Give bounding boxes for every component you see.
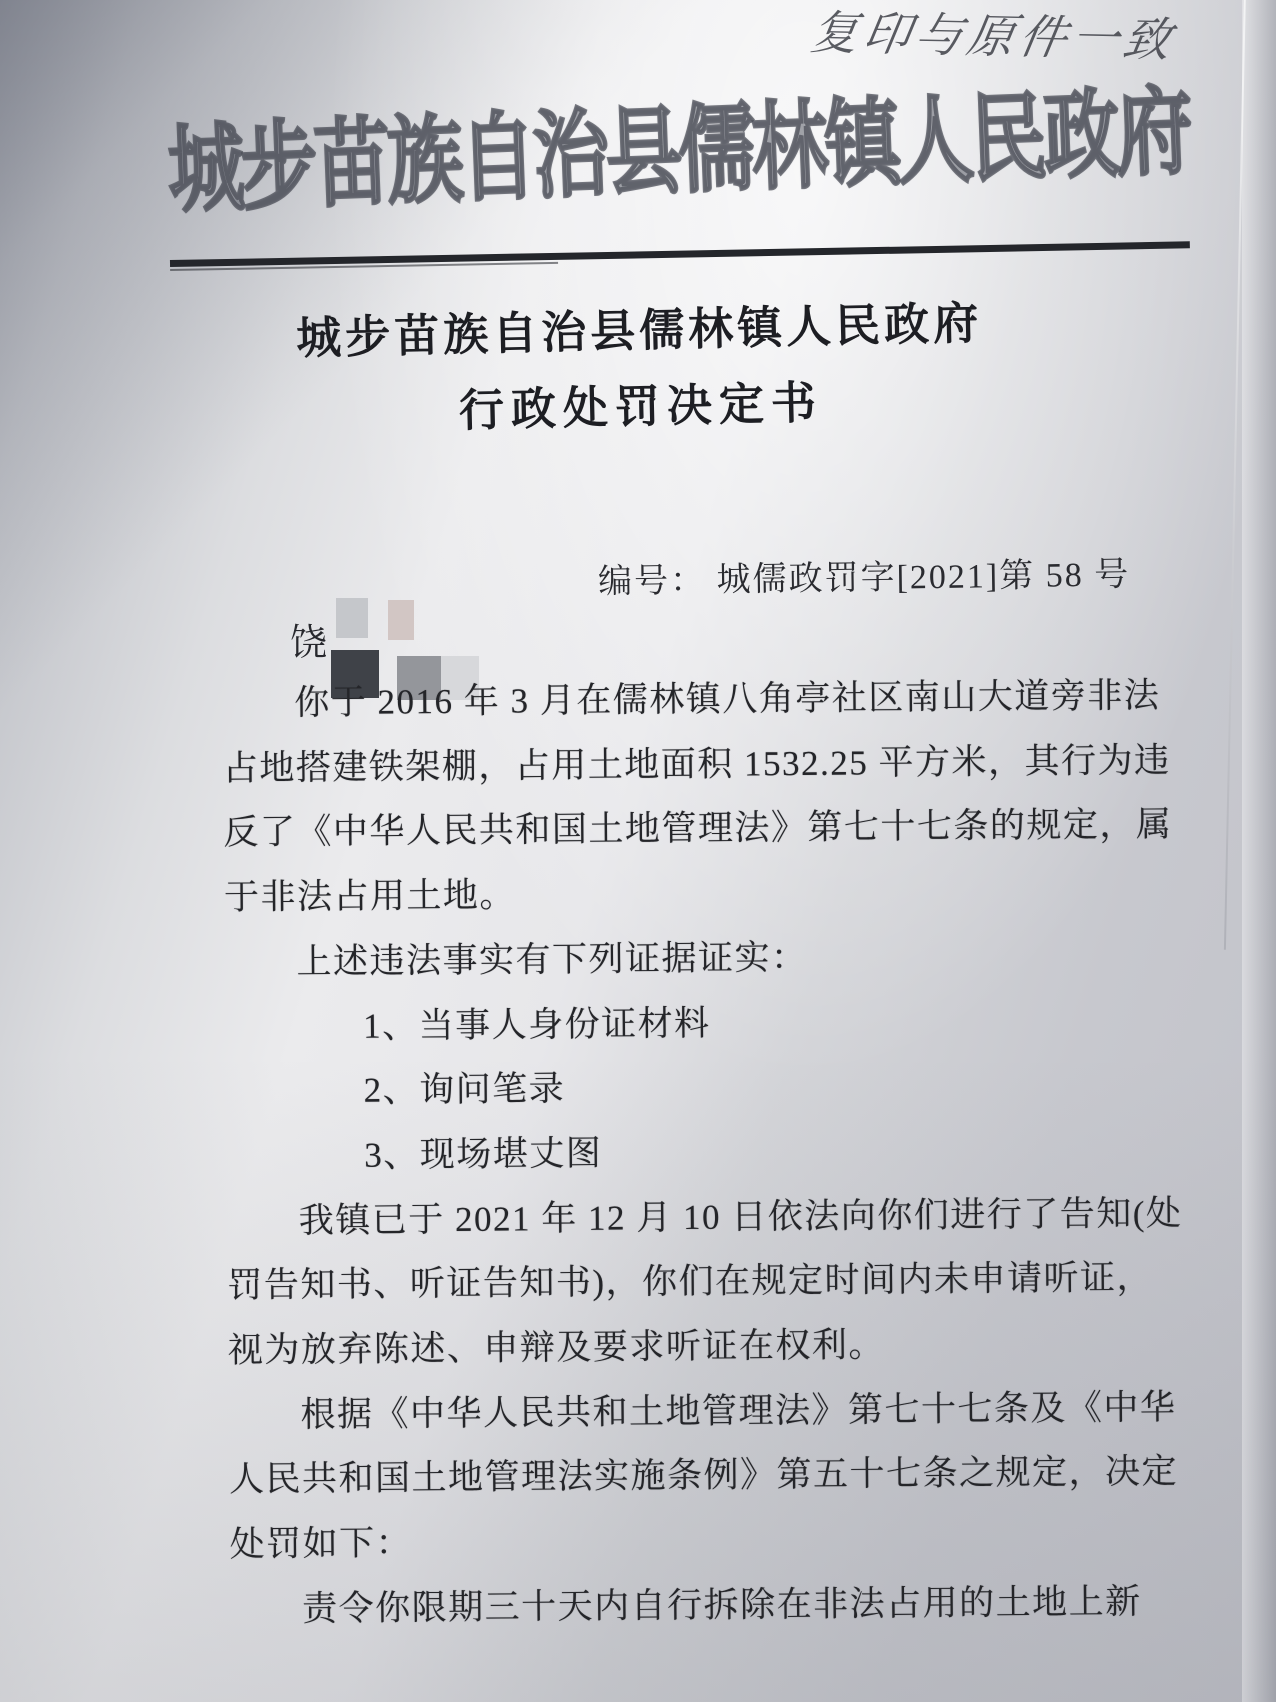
document-title-line1: 城步苗族自治县儒林镇人民政府 bbox=[149, 283, 1130, 370]
body-line: 视为放弃陈述、申辩及要求听证在权利。 bbox=[228, 1311, 1149, 1384]
recipient-surname: 饶 bbox=[290, 612, 327, 666]
letterhead-divider bbox=[170, 241, 1190, 267]
body-line: 反了《中华人民共和国土地管理法》第七十七条的规定，属 bbox=[223, 793, 1144, 866]
body-line: 罚告知书、听证告知书)，你们在规定时间内未申请听证， bbox=[227, 1246, 1148, 1319]
paper-edge bbox=[1224, 0, 1246, 950]
body-line: 根据《中华人民共和土地管理法》第七十七条及《中华 bbox=[228, 1376, 1149, 1449]
redaction-block bbox=[388, 600, 414, 640]
evidence-item: 3、现场堪丈图 bbox=[226, 1117, 1147, 1190]
document-page: 复印与原件一致 城步苗族自治县儒林镇人民政府 城步苗族自治县儒林镇人民政府 行政… bbox=[0, 0, 1276, 1702]
evidence-item: 1、当事人身份证材料 bbox=[225, 987, 1146, 1060]
document-title: 城步苗族自治县儒林镇人民政府 行政处罚决定书 bbox=[149, 283, 1132, 446]
document-title-line2: 行政处罚决定书 bbox=[150, 359, 1131, 446]
body-line: 占地搭建铁架棚，占用土地面积 1532.25 平方米，其行为违 bbox=[223, 729, 1144, 802]
redaction-block bbox=[336, 598, 368, 638]
evidence-item: 2、询问笔录 bbox=[225, 1052, 1146, 1125]
body-line: 人民共和国土地管理法实施条例》第五十七条之规定，决定 bbox=[229, 1440, 1150, 1513]
body-line: 于非法占用土地。 bbox=[224, 858, 1145, 931]
document-number: 编号： 城儒政罚字[2021]第 58 号 bbox=[598, 546, 1131, 602]
body-line: 处罚如下： bbox=[229, 1505, 1150, 1578]
letterhead-title: 城步苗族自治县儒林镇人民政府 bbox=[165, 55, 1190, 231]
body-line: 你于 2016 年 3 月在儒林镇八角亭社区南山大道旁非法 bbox=[222, 664, 1143, 737]
body-line: 我镇已于 2021 年 12 月 10 日依法向你们进行了告知(处 bbox=[227, 1182, 1148, 1255]
document-body: 你于 2016 年 3 月在儒林镇八角亭社区南山大道旁非法 占地搭建铁架棚，占用… bbox=[222, 664, 1150, 1643]
body-line: 上述违法事实有下列证据证实： bbox=[224, 923, 1145, 996]
body-line: 责令你限期三十天内自行拆除在非法占用的土地上新 bbox=[230, 1570, 1151, 1643]
